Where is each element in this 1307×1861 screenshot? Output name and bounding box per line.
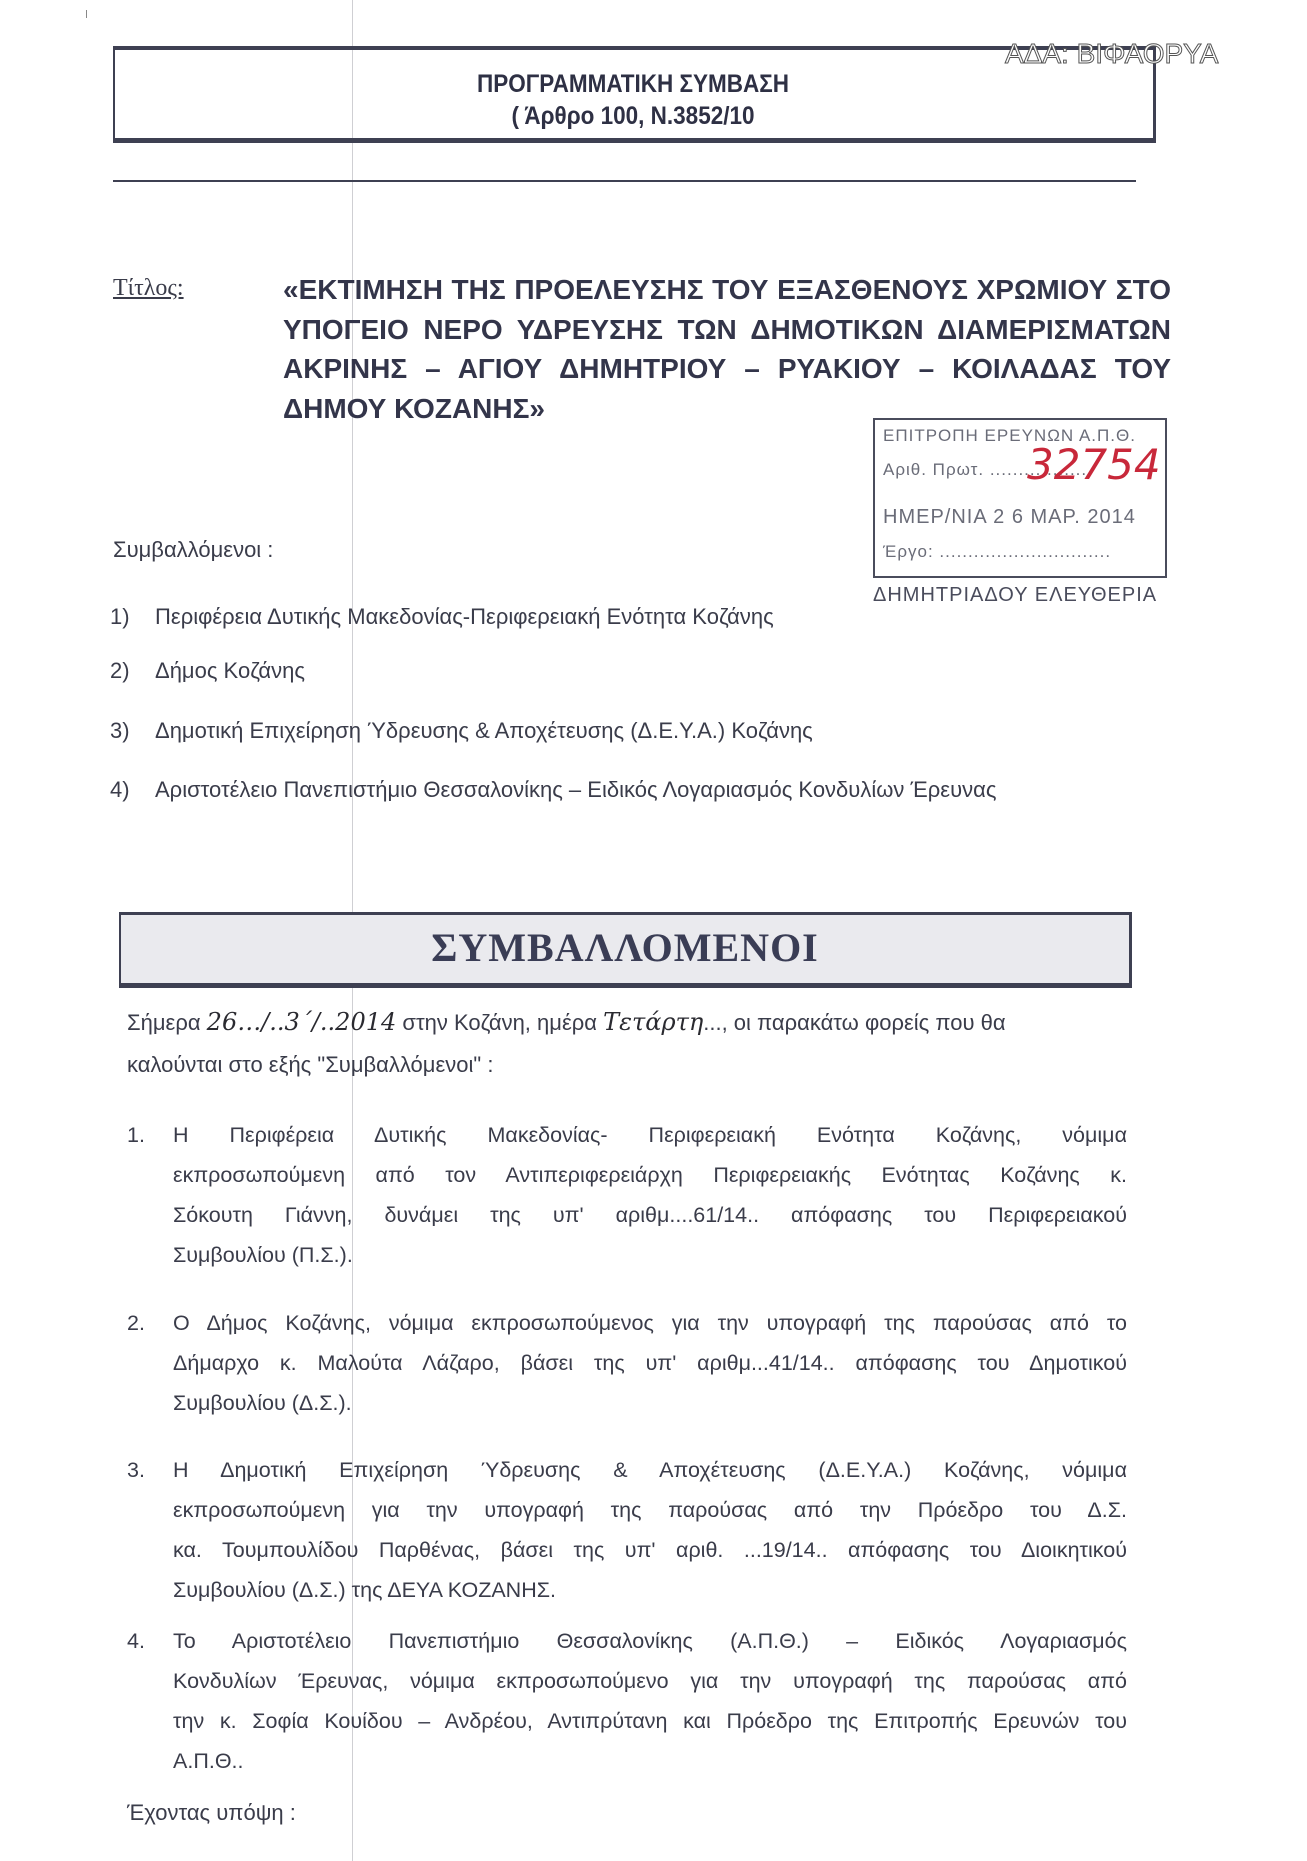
clause: 3. Η Δημοτική Επιχείρηση Ύδρευσης & Αποχ… [127, 1450, 1127, 1610]
handwritten-day: Τετάρτη [603, 1008, 703, 1036]
header-rule [113, 180, 1136, 182]
handwritten-date: 26…/..3΄/..2014 [207, 1008, 397, 1036]
registry-stamp: ΕΠΙΤΡΟΠΗ ΕΡΕΥΝΩΝ Α.Π.Θ. Αριθ. Πρωτ. ....… [873, 418, 1167, 578]
project-title: «ΕΚΤΙΜΗΣΗ ΤΗΣ ΠΡΟΕΛΕΥΣΗΣ ΤΟΥ ΕΞΑΣΘΕΝΟΥΣ … [283, 270, 1171, 428]
clause: 2. Ο Δήμος Κοζάνης, νόμιμα εκπροσωπούμεν… [127, 1303, 1127, 1423]
parties-label: Συμβαλλόμενοι : [113, 537, 273, 563]
party-item: 3)Δημοτική Επιχείρηση Ύδρευσης & Αποχέτε… [110, 718, 813, 744]
party-item: 4)Αριστοτέλειο Πανεπιστήμιο Θεσσαλονίκης… [110, 777, 996, 803]
intro-line: Σήμερα 26…/..3΄/..2014 στην Κοζάνη, ημέρ… [127, 1008, 1006, 1036]
scan-mark [86, 10, 87, 18]
party-item: 2)Δήμος Κοζάνης [110, 658, 305, 684]
clause: 1. Η Περιφέρεια Δυτικής Μακεδονίας- Περι… [127, 1115, 1127, 1275]
document-title-line1: ΠΡΟΓΡΑΜΜΑΤΙΚΗ ΣΥΜΒΑΣΗ [165, 68, 1101, 100]
ada-code: ΑΔΑ: ΒΙΦΑΟΡΥΑ [1005, 38, 1218, 70]
stamp-signatory: ΔΗΜΗΤΡΙΑΔΟΥ ΕΛΕΥΘΕΡΙΑ [873, 584, 1167, 607]
document-title-line2: ( Άρθρο 100, Ν.3852/10 [165, 100, 1101, 132]
clause: 4. Το Αριστοτέλειο Πανεπιστήμιο Θεσσαλον… [127, 1621, 1127, 1781]
document-title: ΠΡΟΓΡΑΜΜΑΤΙΚΗ ΣΥΜΒΑΣΗ ( Άρθρο 100, Ν.385… [165, 68, 1101, 132]
title-label: Τίτλος: [113, 275, 184, 302]
closing-heading: Έχοντας υπόψη : [127, 1800, 296, 1826]
project-title-line: «ΕΚΤΙΜΗΣΗ ΤΗΣ ΠΡΟΕΛΕΥΣΗΣ ΤΟΥ ΕΞΑΣΘΕΝΟΥΣ … [283, 270, 1171, 310]
project-title-line: ΑΚΡΙΝΗΣ – ΑΓΙΟΥ ΔΗΜΗΤΡΙΟΥ – ΡΥΑΚΙΟΥ – ΚΟ… [283, 349, 1171, 389]
intro-line2: καλούνται στο εξής "Συμβαλλόμενοι" : [127, 1052, 493, 1078]
project-title-line: ΥΠΟΓΕΙΟ ΝΕΡΟ ΥΔΡΕΥΣΗΣ ΤΩΝ ΔΗΜΟΤΙΚΩΝ ΔΙΑΜ… [283, 310, 1171, 350]
stamp-date: ΗΜΕΡ/ΝΙΑ 2 6 ΜΑΡ. 2014 [883, 506, 1136, 529]
section-title: ΣΥΜΒΑΛΛΟΜΕΝΟΙ [119, 924, 1131, 971]
stamp-project: Έργο: .............................. [883, 542, 1111, 562]
stamp-protocol-number: 32754 [1027, 440, 1161, 489]
party-item: 1)Περιφέρεια Δυτικής Μακεδονίας-Περιφερε… [110, 604, 774, 630]
